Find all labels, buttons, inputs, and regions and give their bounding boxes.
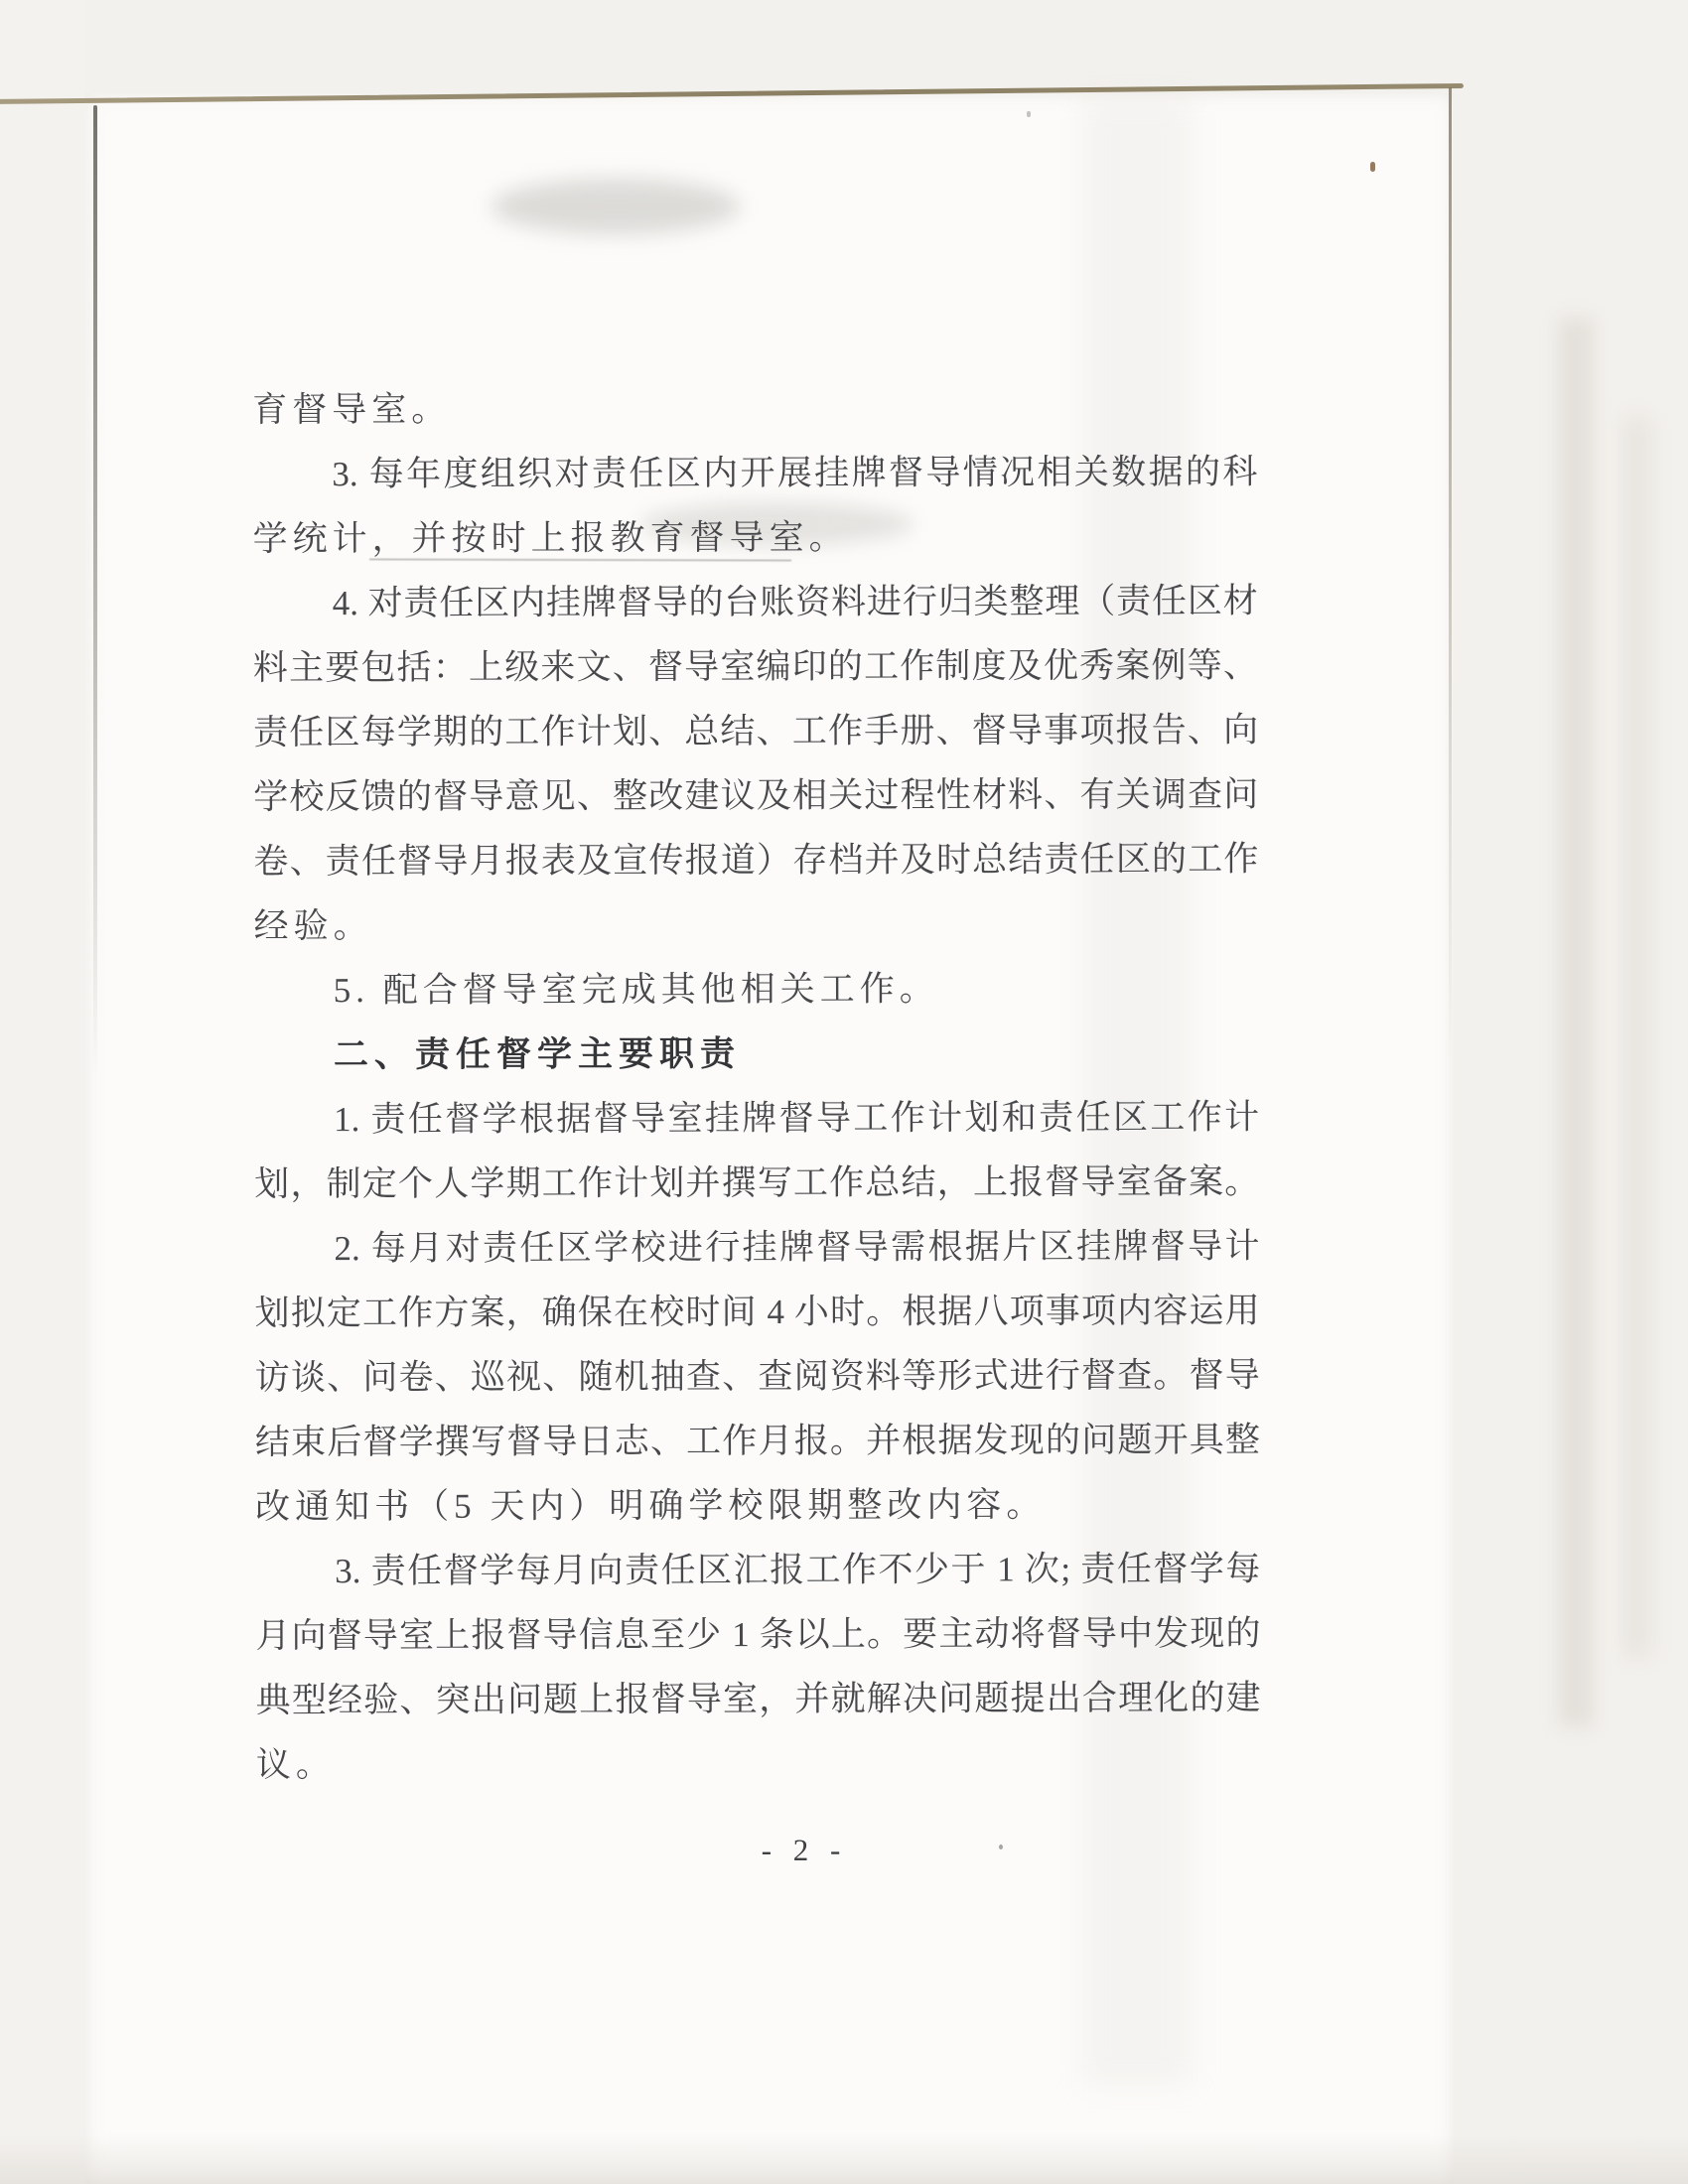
scan-streak-artifact [1559,318,1593,1727]
text-line: 1. 责任督学根据督导室挂牌督导工作计划和责任区工作计 [254,1085,1259,1153]
text-line: 2. 每月对责任区学校进行挂牌督导需根据片区挂牌督导计 [254,1214,1259,1282]
ink-speck [999,1844,1003,1849]
text-line: 料主要包括：上级来文、督导室编印的工作制度及优秀案例等、 [253,633,1258,701]
text-line: 划，制定个人学期工作计划并撰写工作总结，上报督导室备案。 [254,1150,1259,1217]
text-line: 典型经验、突出问题上报督导室，并就解决问题提出合理化的建 [256,1666,1261,1733]
text-line: 访谈、问卷、巡视、随机抽查、查阅资料等形式进行督查。督导 [255,1343,1260,1411]
paper-left-edge-shadow [93,105,97,1073]
text-line: 4. 对责任区内挂牌督导的台账资料进行归类整理（责任区材 [253,569,1258,636]
scan-streak-artifact [1624,417,1650,1658]
text-block: 育督导室。3. 每年度组织对责任区内开展挂牌督导情况相关数据的科学统计，并按时上… [252,375,1261,1798]
text-line: 经验。 [253,891,1258,959]
section-heading: 二、责任督学主要职责 [254,1021,1259,1088]
ink-speck [1027,111,1031,117]
page-number: - 2 - [695,1821,914,1881]
text-line: 月向督导室上报督导信息至少 1 条以上。要主动将督导中发现的 [255,1601,1260,1669]
paper-right-edge-line [1449,87,1452,1060]
text-line: 3. 责任督学每月向责任区汇报工作不少于 1 次; 责任督学每 [255,1537,1260,1604]
erased-smudge-artifact [492,179,740,234]
text-line: 改通知书（5 天内）明确学校限期整改内容。 [255,1472,1260,1540]
text-line: 5. 配合督导室完成其他相关工作。 [254,956,1259,1024]
text-line: 划拟定工作方案，确保在校时间 4 小时。根据八项事项内容运用 [255,1279,1260,1346]
scanned-document-page: 育督导室。3. 每年度组织对责任区内开展挂牌督导情况相关数据的科学统计，并按时上… [0,0,1688,2184]
text-line: 学校反馈的督导意见、整改建议及相关过程性材料、有关调查问 [253,762,1258,830]
text-line: 结束后督学撰写督导日志、工作月报。并根据发现的问题开具整 [255,1408,1260,1475]
ink-speck [1370,162,1375,172]
scanner-background-left [0,0,85,2184]
text-line: 3. 每年度组织对责任区内开展挂牌督导情况相关数据的科 [252,440,1257,507]
text-line: 学统计，并按时上报教育督导室。 [252,504,1257,572]
text-line: 育督导室。 [252,375,1257,443]
text-line: 议。 [256,1730,1261,1798]
text-line: 卷、责任督导月报表及宣传报道）存档并及时总结责任区的工作 [253,827,1258,894]
text-line: 责任区每学期的工作计划、总结、工作手册、督导事项报告、向 [253,698,1258,765]
scan-bottom-shade [0,2134,1688,2184]
